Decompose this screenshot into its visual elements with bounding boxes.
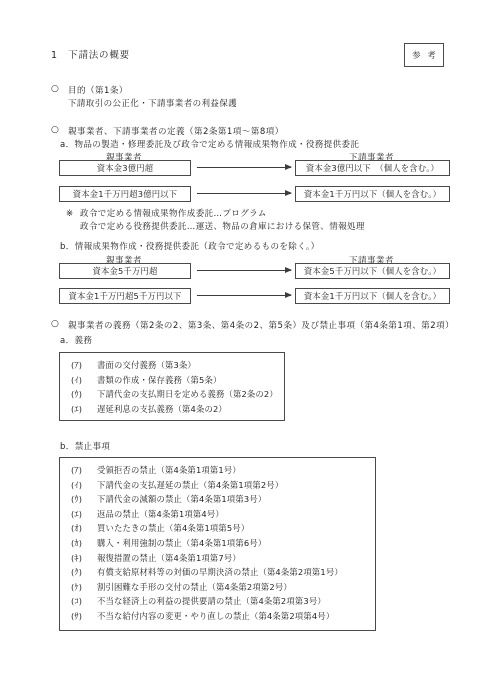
duties-sub-a-label: a．義務 xyxy=(60,336,92,346)
subcontractor-capital-label: 資本金1千万円以下（個人を含む。） xyxy=(304,290,441,302)
page-title: 1 下請法の概要 xyxy=(51,47,130,61)
reference-stamp-box: 参 考 xyxy=(404,43,444,67)
parent-capital-box: 資本金1千万円超3億円以下 xyxy=(59,186,191,202)
item-prefix: (ｱ) xyxy=(71,463,89,478)
parent-capital-label: 資本金3億円超 xyxy=(97,162,153,174)
definitions-sub-a-label: a．物品の製造・修理委託及び政令で定める情報成果物作成・役務提供委託 xyxy=(60,140,359,150)
note-line-2: 政令で定める役務提供委託…運送、物品の倉庫における保管、情報処理 xyxy=(80,222,365,232)
subcontractor-capital-box: 資本金3億円以下 （個人を含む。） xyxy=(295,160,450,176)
list-item: (ｱ) 書面の交付義務（第3条） xyxy=(71,358,284,373)
item-text: 報復措置の禁止（第4条第1項第7号） xyxy=(97,551,241,566)
diagram-b-row-1: 資本金5千万円超 資本金5千万円以下（個人を含む。） xyxy=(0,263,490,279)
subcontractor-capital-label: 資本金1千万円以下（個人を含む。） xyxy=(304,188,441,200)
item-text: 下請代金の減額の禁止（第4条第1項第3号） xyxy=(97,492,266,507)
item-prefix: (ｺ) xyxy=(71,594,89,609)
purpose-heading: 目的（第1条） xyxy=(68,84,128,96)
subcontractor-capital-box: 資本金1千万円以下（個人を含む。） xyxy=(295,288,450,304)
list-item: (ｹ) 割引困難な手形の交付の禁止（第4条第2項第2号） xyxy=(71,580,375,595)
item-prefix: (ｳ) xyxy=(71,387,89,402)
item-prefix: (ｴ) xyxy=(71,402,89,417)
item-prefix: (ｱ) xyxy=(71,358,89,373)
parent-capital-box: 資本金5千万円超 xyxy=(59,263,191,279)
item-prefix: (ｻ) xyxy=(71,609,89,624)
list-item: (ｴ) 遅延利息の支払義務（第4条の2） xyxy=(71,402,284,417)
subcontractor-capital-label: 資本金5千万円以下（個人を含む。） xyxy=(304,265,441,277)
list-item: (ｱ) 受領拒否の禁止（第4条第1項第1号） xyxy=(71,463,375,478)
subcontractor-capital-box: 資本金5千万円以下（個人を含む。） xyxy=(295,263,450,279)
item-prefix: (ｴ) xyxy=(71,507,89,522)
list-item: (ｳ) 下請代金の支払期日を定める義務（第2条の2） xyxy=(71,387,284,402)
list-item: (ｴ) 返品の禁止（第4条第1項第4号） xyxy=(71,507,375,522)
subcontractor-capital-label: 資本金3億円以下 （個人を含む。） xyxy=(306,162,439,174)
diagram-a-row-2: 資本金1千万円超3億円以下 資本金1千万円以下（個人を含む。） xyxy=(0,186,490,202)
right-arrow-icon xyxy=(197,270,291,271)
list-item: (ｶ) 購入・利用強制の禁止（第4条第1項第6号） xyxy=(71,536,375,551)
obligations-box: (ｱ) 書面の交付義務（第3条） (ｲ) 書類の作成・保存義務（第5条） (ｳ)… xyxy=(59,352,285,421)
parent-capital-label: 資本金1千万円超3億円以下 xyxy=(73,188,177,200)
parent-capital-box: 資本金3億円超 xyxy=(59,160,191,176)
definitions-bullet-icon: ○ xyxy=(51,125,59,135)
right-arrow-icon xyxy=(197,167,291,168)
item-prefix: (ｷ) xyxy=(71,551,89,566)
list-item: (ｷ) 報復措置の禁止（第4条第1項第7号） xyxy=(71,551,375,566)
item-text: 遅延利息の支払義務（第4条の2） xyxy=(97,402,227,417)
prohibitions-box: (ｱ) 受領拒否の禁止（第4条第1項第1号） (ｲ) 下請代金の支払遅延の禁止（… xyxy=(59,457,376,631)
list-item: (ｲ) 書類の作成・保存義務（第5条） xyxy=(71,373,284,388)
item-text: 割引困難な手形の交付の禁止（第4条第2項第2号） xyxy=(97,580,292,595)
item-prefix: (ｸ) xyxy=(71,565,89,580)
list-item: (ｳ) 下請代金の減額の禁止（第4条第1項第3号） xyxy=(71,492,375,507)
note-marker: ※ xyxy=(66,209,73,219)
item-text: 書面の交付義務（第3条） xyxy=(97,358,196,373)
item-prefix: (ｵ) xyxy=(71,521,89,536)
list-item: (ｻ) 不当な給付内容の変更・やり直しの禁止（第4条第2項第4号） xyxy=(71,609,375,624)
item-prefix: (ｲ) xyxy=(71,373,89,388)
item-text: 不当な給付内容の変更・やり直しの禁止（第4条第2項第4号） xyxy=(97,609,334,624)
reference-stamp-label: 参 考 xyxy=(410,49,438,61)
item-text: 不当な経済上の利益の提供要請の禁止（第4条第2項第3号） xyxy=(97,594,326,609)
duties-heading: 親事業者の義務（第2条の2、第3条、第4条の2、第5条）及び禁止事項（第4条第1… xyxy=(68,319,454,331)
purpose-bullet-icon: ○ xyxy=(51,84,59,94)
document-page: 1 下請法の概要 参 考 ○ 目的（第1条） 下請取引の公正化・下請事業者の利益… xyxy=(0,0,490,692)
duties-sub-b-label: b．禁止事項 xyxy=(60,442,110,452)
item-text: 下請代金の支払期日を定める義務（第2条の2） xyxy=(97,387,278,402)
note-line-1: 政令で定める情報成果物作成委託…プログラム xyxy=(80,209,267,219)
item-text: 買いたたきの禁止（第4条第1項第5号） xyxy=(97,521,249,536)
parent-capital-label: 資本金1千万円超5千万円以下 xyxy=(69,290,182,302)
item-prefix: (ｳ) xyxy=(71,492,89,507)
right-arrow-icon xyxy=(197,193,291,194)
item-text: 書類の作成・保存義務（第5条） xyxy=(97,373,221,388)
purpose-body: 下請取引の公正化・下請事業者の利益保護 xyxy=(68,99,237,109)
duties-bullet-icon: ○ xyxy=(51,319,59,329)
diagram-a-row-1: 資本金3億円超 資本金3億円以下 （個人を含む。） xyxy=(0,160,490,176)
item-prefix: (ｹ) xyxy=(71,580,89,595)
list-item: (ｺ) 不当な経済上の利益の提供要請の禁止（第4条第2項第3号） xyxy=(71,594,375,609)
parent-capital-label: 資本金5千万円超 xyxy=(93,265,158,277)
diagram-b-row-2: 資本金1千万円超5千万円以下 資本金1千万円以下（個人を含む。） xyxy=(0,288,490,304)
item-text: 購入・利用強制の禁止（第4条第1項第6号） xyxy=(97,536,266,551)
list-item: (ｵ) 買いたたきの禁止（第4条第1項第5号） xyxy=(71,521,375,536)
subcontractor-capital-box: 資本金1千万円以下（個人を含む。） xyxy=(295,186,450,202)
parent-capital-box: 資本金1千万円超5千万円以下 xyxy=(59,288,191,304)
item-text: 下請代金の支払遅延の禁止（第4条第1項第2号） xyxy=(97,478,283,493)
item-text: 有償支給原材料等の対価の早期決済の禁止（第4条第2項第1号） xyxy=(97,565,343,580)
item-prefix: (ｶ) xyxy=(71,536,89,551)
definitions-heading: 親事業者、下請事業者の定義（第2条第1項～第8項） xyxy=(68,125,284,137)
list-item: (ｸ) 有償支給原材料等の対価の早期決済の禁止（第4条第2項第1号） xyxy=(71,565,375,580)
item-text: 返品の禁止（第4条第1項第4号） xyxy=(97,507,224,522)
definitions-sub-b-label: b．情報成果物作成・役務提供委託（政令で定めるものを除く。） xyxy=(60,242,319,252)
item-text: 受領拒否の禁止（第4条第1項第1号） xyxy=(97,463,241,478)
item-prefix: (ｲ) xyxy=(71,478,89,493)
list-item: (ｲ) 下請代金の支払遅延の禁止（第4条第1項第2号） xyxy=(71,478,375,493)
right-arrow-icon xyxy=(197,295,291,296)
